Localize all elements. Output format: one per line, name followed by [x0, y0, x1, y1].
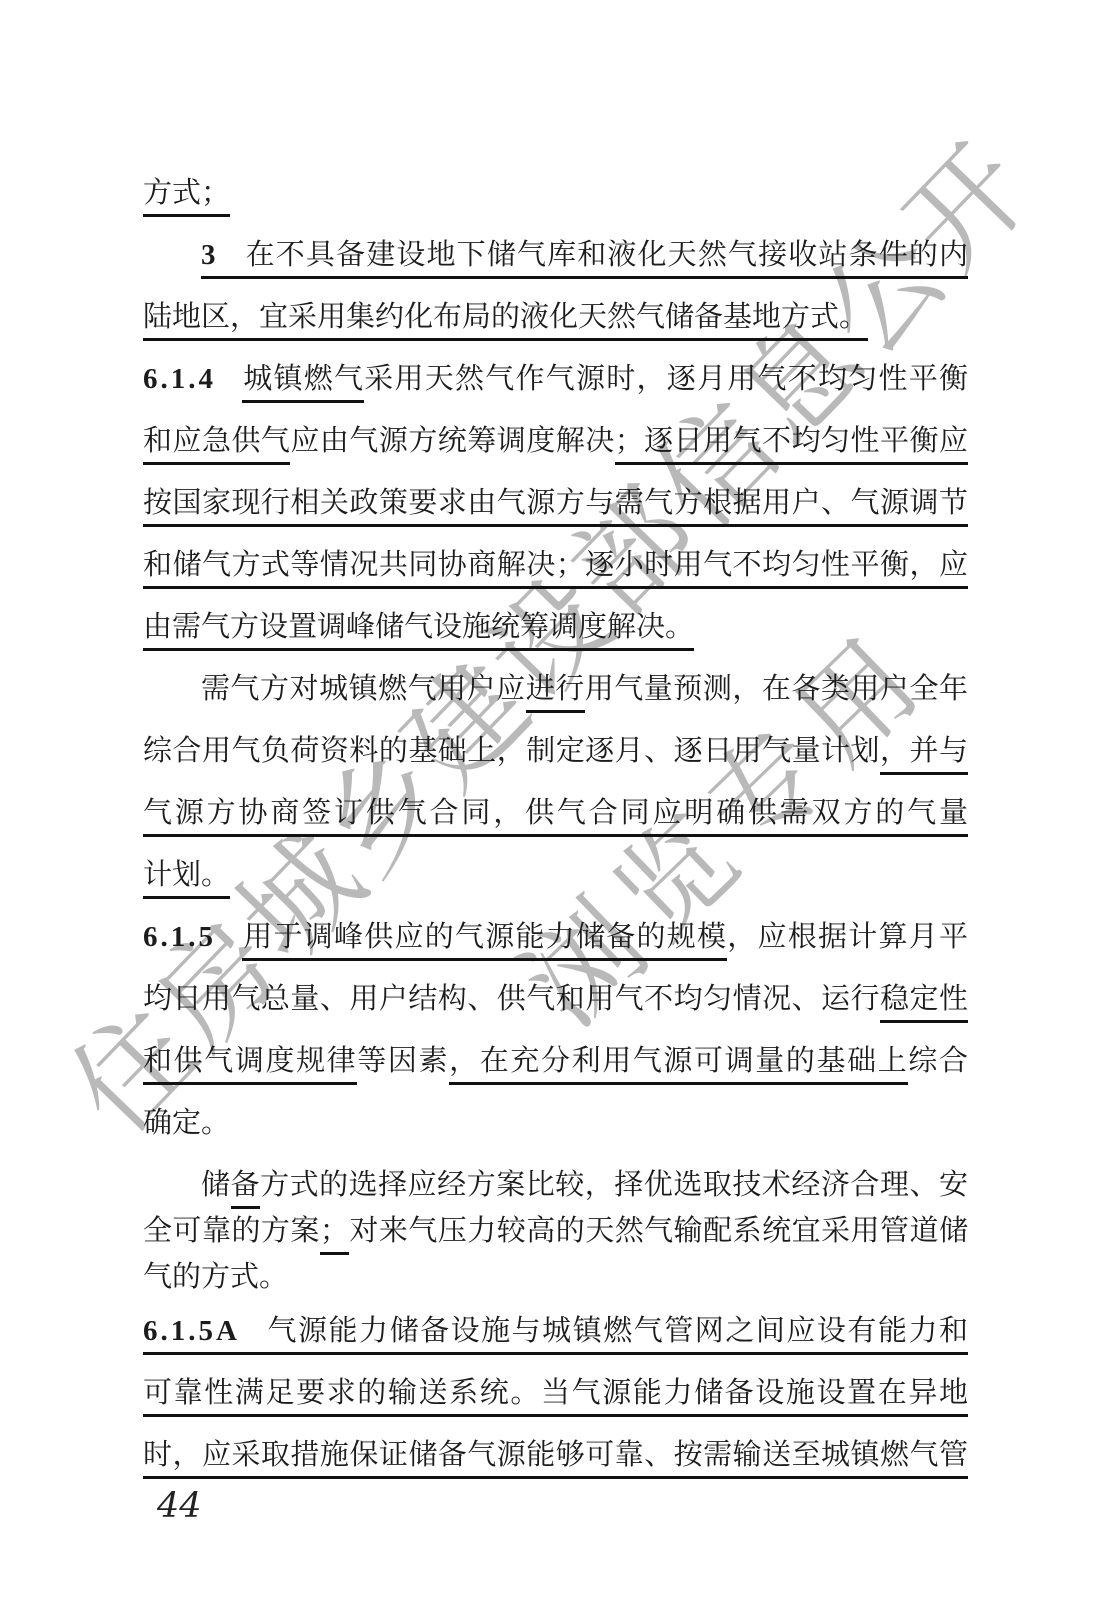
- text-line: 3在不具备建设地下储气库和液化天然气接收站条件的内: [143, 224, 968, 286]
- text-run: 综合: [908, 1045, 968, 1077]
- text-line: 均日用气总量、用户结构、供气和用气不均匀情况、运行稳定性: [143, 968, 968, 1030]
- text-line: 时，应采取措施保证储备气源能够可靠、按需输送至城镇燃气管: [143, 1424, 968, 1486]
- text-run: 方式的选择应经方案比较，择优选取技术经济合理、安: [260, 1169, 968, 1201]
- text-segment: 和储气方式等情况共同协商解决；逐小时用气不均匀性平衡，应: [143, 549, 968, 581]
- underlined-run: 和应急供气: [143, 425, 290, 465]
- underlined-run: 气源方协商签订供气合同，供气合同应明确供需双方的气量: [143, 797, 968, 837]
- text-line: 全可靠的方案；对来气压力较高的天然气输配系统宜采用管道储: [143, 1208, 968, 1254]
- clause-number: 6.1.5A: [143, 1315, 240, 1347]
- text-line: 储备方式的选择应经方案比较，择优选取技术经济合理、安: [143, 1162, 968, 1208]
- document-page: 住房城乡建设部信息公开 浏览专用 方式；3在不具备建设地下储气库和液化天然气接收…: [0, 0, 1103, 1598]
- text-segment: 由需气方设置调峰储气设施统筹调度解决。: [143, 611, 694, 643]
- text-segment: 方式的选择应经方案比较，择优选取技术经济合理、安: [260, 1169, 968, 1201]
- text-segment: 城镇燃气: [242, 363, 364, 395]
- text-segment: 进行: [526, 673, 585, 705]
- text-segment: 确定。: [143, 1107, 230, 1139]
- text-segment: 时，应采取措施保证储备气源能够可靠、按需输送至城镇燃气管: [143, 1439, 968, 1471]
- underlined-run: 时，应采取措施保证储备气源能够可靠、按需输送至城镇燃气管: [143, 1439, 968, 1479]
- text-line: 和储气方式等情况共同协商解决；逐小时用气不均匀性平衡，应: [143, 534, 968, 596]
- text-line: 6.1.5A气源能力储备设施与城镇燃气管网之间应设有能力和: [143, 1300, 968, 1362]
- text-segment: 需气方对城镇燃气用户应: [201, 673, 526, 705]
- text-line: 可靠性满足要求的输送系统。当气源能力储备设施设置在异地: [143, 1362, 968, 1424]
- underlined-run: ；: [320, 1215, 349, 1255]
- text-segment: 等因素: [357, 1045, 449, 1077]
- text-segment: 对来气压力较高的天然气输配系统宜采用管道储: [349, 1215, 968, 1247]
- text-segment: ；逐日用气不均匀性平衡应: [615, 425, 968, 457]
- text-segment: 可靠性满足要求的输送系统。当气源能力储备设施设置在异地: [143, 1377, 968, 1409]
- text-run: 等因素: [357, 1045, 449, 1077]
- text-run: 6.1.4: [143, 363, 242, 395]
- underlined-run: 计划。: [143, 859, 230, 899]
- underlined-run: 稳定性: [880, 983, 968, 1023]
- text-segment: 计划。: [143, 859, 230, 891]
- document-body: 方式；3在不具备建设地下储气库和液化天然气接收站条件的内陆地区，宜采用集约化布局…: [143, 162, 968, 1486]
- underlined-run: 城镇燃气: [242, 363, 364, 403]
- clause-number: 6.1.5: [143, 921, 216, 953]
- text-run: 确定。: [143, 1107, 230, 1139]
- underlined-run: 陆地区，宜采用集约化布局的液化天然气储备基地方式。: [143, 301, 868, 341]
- underlined-run: 方式；: [143, 177, 230, 217]
- underlined-run: 和供气调度规律: [143, 1045, 357, 1085]
- underlined-run: 进行: [526, 673, 585, 713]
- text-line: 综合用气负荷资料的基础上，制定逐月、逐日用气量计划，并与: [143, 720, 968, 782]
- underlined-run: 用于调峰供应的气源能力储备的规模: [242, 921, 727, 961]
- text-line: 6.1.5用于调峰供应的气源能力储备的规模，应根据计算月平: [143, 906, 968, 968]
- text-segment: 和供气调度规律: [143, 1045, 357, 1077]
- text-run: 气的方式。: [143, 1261, 288, 1293]
- text-segment: ；: [320, 1215, 349, 1247]
- page-number: 44: [157, 1486, 202, 1526]
- text-segment: 应由气源方统筹调度解决: [290, 425, 614, 457]
- text-segment: 方式；: [143, 177, 230, 209]
- text-run: 均日用气总量、用户结构、供气和用气不均匀情况、运行: [143, 983, 880, 1015]
- text-segment: ，并与: [880, 735, 968, 767]
- text-line: 按国家现行相关政策要求由气源方与需气方根据用户、气源调节: [143, 472, 968, 534]
- text-line: 计划。: [143, 844, 968, 906]
- underlined-run: 6.1.5A气源能力储备设施与城镇燃气管网之间应设有能力和: [143, 1315, 968, 1355]
- text-run: 综合用气负荷资料的基础上，制定逐月、逐日用气量计划: [143, 735, 880, 767]
- text-segment: ，在充分利用气源可调量的基础上: [449, 1045, 908, 1077]
- text-run: 用气量预测，在各类用户全年: [585, 673, 968, 705]
- underlined-run: 和储气方式等情况共同协商解决；逐小时用气不均匀性平衡，应: [143, 549, 968, 589]
- underlined-run: ，在充分利用气源可调量的基础上: [449, 1045, 908, 1085]
- underlined-run: ；逐日用气不均匀性平衡应: [615, 425, 968, 465]
- text-run: 6.1.5: [143, 921, 242, 953]
- text-run: 采用天然气作气源时，逐月用气不均匀性平衡: [364, 363, 968, 395]
- text-segment: 陆地区，宜采用集约化布局的液化天然气储备基地方式。: [143, 301, 868, 333]
- clause-number: 6.1.4: [143, 363, 216, 395]
- text-segment: 采用天然气作气源时，逐月用气不均匀性平衡: [364, 363, 968, 395]
- text-segment: 按国家现行相关政策要求由气源方与需气方根据用户、气源调节: [143, 487, 968, 519]
- text-run: 全可靠的方案: [143, 1215, 320, 1247]
- text-run: 储: [201, 1169, 231, 1201]
- text-segment: 备: [231, 1169, 261, 1201]
- text-segment: 气源能力储备设施与城镇燃气管网之间应设有能力和: [266, 1315, 968, 1347]
- text-line: 陆地区，宜采用集约化布局的液化天然气储备基地方式。: [143, 286, 968, 348]
- clause-number: 3: [201, 239, 219, 271]
- text-run: ，应根据计算月平: [727, 921, 968, 953]
- text-segment: 均日用气总量、用户结构、供气和用气不均匀情况、运行: [143, 983, 880, 1015]
- text-segment: 用于调峰供应的气源能力储备的规模: [242, 921, 727, 953]
- text-segment: 用气量预测，在各类用户全年: [585, 673, 968, 705]
- text-segment: 气的方式。: [143, 1261, 288, 1293]
- text-segment: 全可靠的方案: [143, 1215, 320, 1247]
- underlined-run: 可靠性满足要求的输送系统。当气源能力储备设施设置在异地: [143, 1377, 968, 1417]
- underlined-run: 备: [231, 1169, 261, 1209]
- text-segment: 综合用气负荷资料的基础上，制定逐月、逐日用气量计划: [143, 735, 880, 767]
- text-segment: 储: [201, 1169, 231, 1201]
- text-segment: 气源方协商签订供气合同，供气合同应明确供需双方的气量: [143, 797, 968, 829]
- text-run: 需气方对城镇燃气用户应: [201, 673, 526, 705]
- text-run: 对来气压力较高的天然气输配系统宜采用管道储: [349, 1215, 968, 1247]
- underlined-run: 3在不具备建设地下储气库和液化天然气接收站条件的内: [201, 239, 968, 279]
- underlined-run: 由需气方设置调峰储气设施统筹调度解决。: [143, 611, 694, 651]
- text-run: 应由气源方统筹调度解决: [290, 425, 614, 457]
- text-segment: 稳定性: [880, 983, 968, 1015]
- text-line: 需气方对城镇燃气用户应进行用气量预测，在各类用户全年: [143, 658, 968, 720]
- text-line: 由需气方设置调峰储气设施统筹调度解决。: [143, 596, 968, 658]
- text-line: 方式；: [143, 162, 968, 224]
- text-line: 6.1.4城镇燃气采用天然气作气源时，逐月用气不均匀性平衡: [143, 348, 968, 410]
- text-line: 确定。: [143, 1092, 968, 1154]
- text-line: 和应急供气应由气源方统筹调度解决；逐日用气不均匀性平衡应: [143, 410, 968, 472]
- text-segment: 在不具备建设地下储气库和液化天然气接收站条件的内: [245, 239, 969, 271]
- text-segment: 和应急供气: [143, 425, 290, 457]
- underlined-run: ，并与: [880, 735, 968, 775]
- text-line: 气源方协商签订供气合同，供气合同应明确供需双方的气量: [143, 782, 968, 844]
- text-segment: 综合: [908, 1045, 968, 1077]
- underlined-run: 按国家现行相关政策要求由气源方与需气方根据用户、气源调节: [143, 487, 968, 527]
- text-segment: ，应根据计算月平: [727, 921, 968, 953]
- text-line: 气的方式。: [143, 1254, 968, 1300]
- text-line: 和供气调度规律等因素，在充分利用气源可调量的基础上综合: [143, 1030, 968, 1092]
